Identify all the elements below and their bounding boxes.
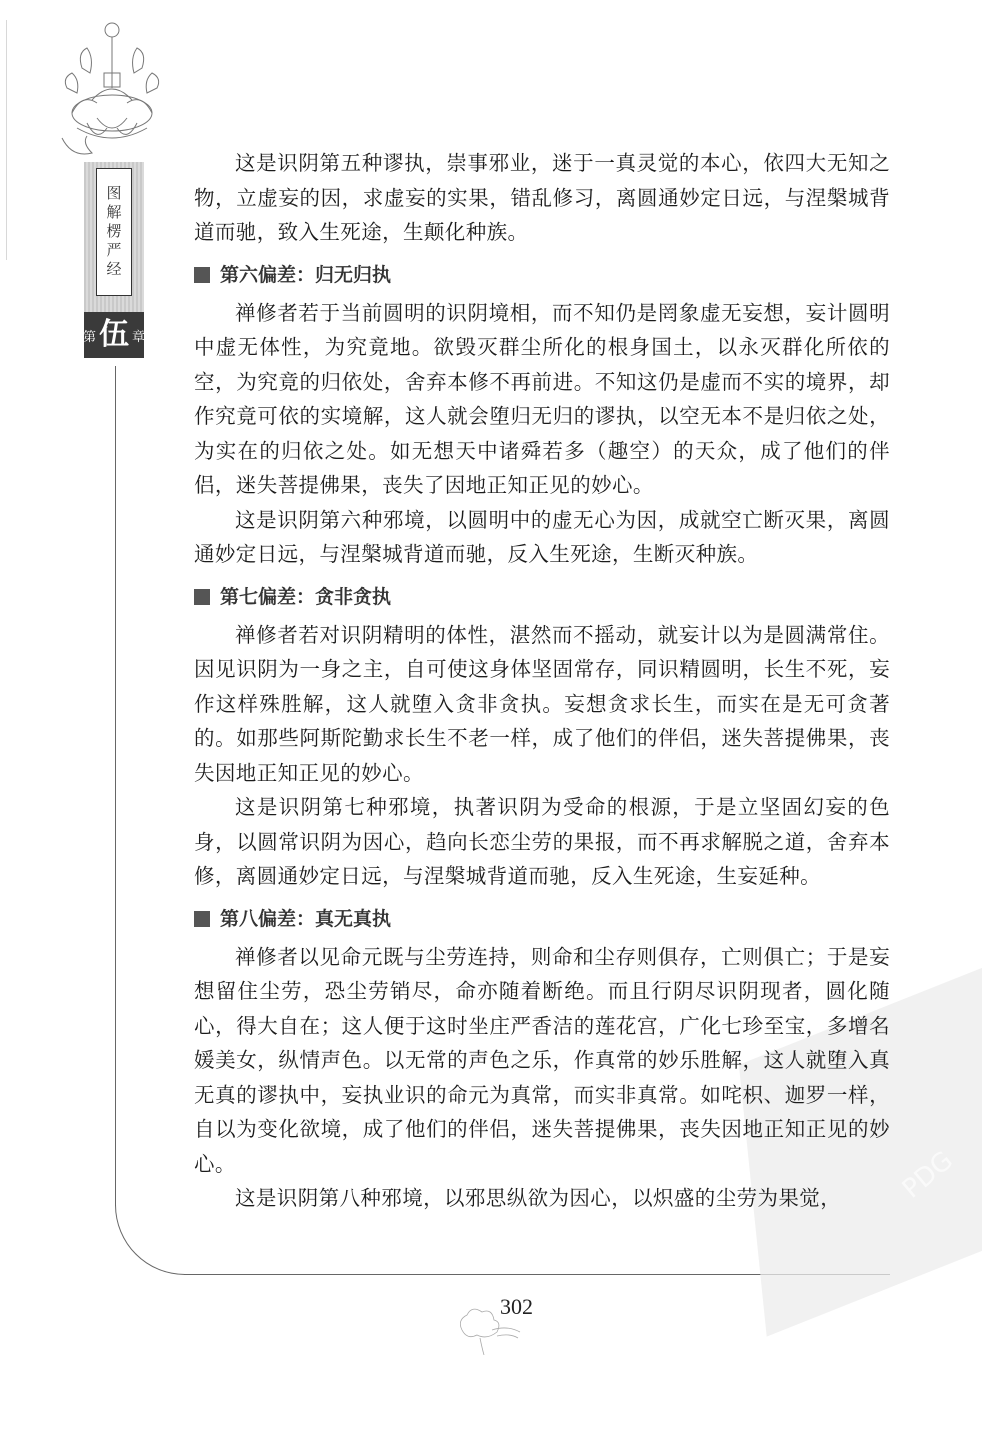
page-edge-line [6,20,7,260]
paragraph: 禅修者若对识阴精明的体性，湛然而不摇动，就妄计以为是圆满常住。因见识阴为一身之主… [194,618,890,791]
frame-corner-curve [115,1180,185,1275]
paragraph: 这是识阴第六种邪境，以圆明中的虚无心为因，成就空亡断灭果，离圆通妙定日远，与涅槃… [194,503,890,572]
paragraph: 这是识阴第八种邪境，以邪思纵欲为因心，以炽盛的尘劳为果觉， [194,1181,890,1216]
lotus-vajra-ornament-icon [52,18,172,178]
square-bullet-icon [194,589,210,605]
heading-text: 第七偏差：贪非贪执 [220,580,391,614]
chapter-tab: 第 伍 章 [84,312,144,358]
frame-left-line [115,366,116,1206]
heading-text: 第八偏差：真无真执 [220,902,391,936]
paragraph: 禅修者以见命元既与尘劳连持，则命和尘存则俱存，亡则俱亡；于是妄想留住尘劳，恐尘劳… [194,940,890,1182]
paragraph: 这是识阴第五种谬执，崇事邪业，迷于一真灵觉的本心，依四大无知之物，立虚妄的因，求… [194,146,890,250]
page-number: 302 [500,1294,533,1320]
paragraph: 禅修者若于当前圆明的识阴境相，而不知仍是罔象虚无妄想，妄计圆明中虚无体性，为究竟… [194,296,890,503]
square-bullet-icon [194,267,210,283]
book-title: 图解楞严经 [104,185,125,280]
section-heading: 第六偏差：归无归执 [194,258,890,292]
section-heading: 第七偏差：贪非贪执 [194,580,890,614]
chapter-prefix: 第 [83,326,96,345]
book-title-box: 图解楞严经 [96,168,132,296]
chapter-suffix: 章 [132,326,145,345]
paragraph: 这是识阴第七种邪境，执著识阴为受命的根源，于是立坚固幻妄的色身，以圆常识阴为因心… [194,790,890,894]
section-heading: 第八偏差：真无真执 [194,902,890,936]
body-text: 这是识阴第五种谬执，崇事邪业，迷于一真灵觉的本心，依四大无知之物，立虚妄的因，求… [194,146,890,1216]
heading-text: 第六偏差：归无归执 [220,258,391,292]
square-bullet-icon [194,911,210,927]
chapter-number: 伍 [99,320,129,350]
